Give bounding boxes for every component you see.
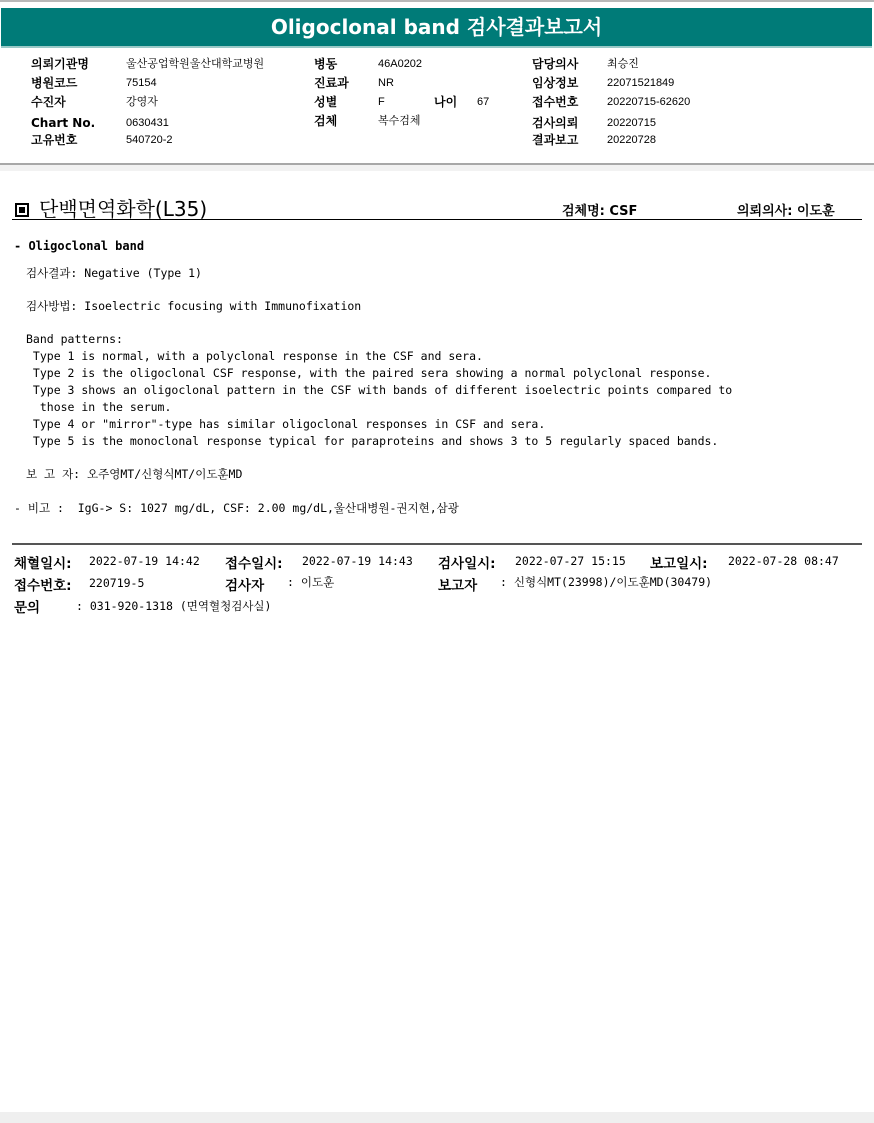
label-hospital-code: 병원코드 — [31, 76, 77, 90]
section-underline — [12, 219, 862, 220]
divider-band — [0, 165, 874, 171]
reporters: 보 고 자: 오주영MT/신형식MT/이도훈MD — [26, 466, 242, 482]
band-pattern-line: Type 3 shows an oligoclonal pattern in t… — [26, 383, 732, 397]
value-tester: : 이도훈 — [287, 574, 334, 590]
value-test-time: 2022-07-27 15:15 — [515, 554, 626, 568]
label-specimen: 검체 — [314, 114, 337, 128]
square-bullet-icon — [15, 203, 29, 217]
label-receipt-number: 접수번호 — [532, 95, 578, 109]
band-pattern-line: Type 4 or "mirror"-type has similar olig… — [26, 417, 545, 431]
value-unique-no: 540720-2 — [126, 133, 173, 147]
value-age: 67 — [477, 95, 489, 109]
value-reporter: : 신형식MT(23998)/이도훈MD(30479) — [500, 574, 712, 590]
label-receipt-no: 접수번호: — [14, 574, 72, 594]
test-name: - Oligoclonal band — [14, 239, 144, 253]
label-age: 나이 — [434, 95, 457, 109]
test-method: 검사방법: Isoelectric focusing with Immunofi… — [26, 298, 361, 314]
top-border — [0, 0, 874, 2]
section-title: 단백면역화학(L35) — [15, 193, 207, 222]
label-ward: 병동 — [314, 57, 337, 71]
value-hospital-code: 75154 — [126, 76, 157, 90]
value-sex: F — [378, 95, 385, 109]
specimen-name: 검체명: CSF — [562, 200, 637, 219]
label-tester: 검사자 — [225, 574, 264, 594]
label-reporter: 보고자 — [438, 574, 477, 594]
value-ward: 46A0202 — [378, 57, 422, 71]
label-report-time: 보고일시: — [650, 552, 708, 572]
value-report-time: 2022-07-28 08:47 — [728, 554, 839, 568]
value-collection-time: 2022-07-19 14:42 — [89, 554, 200, 568]
value-receipt-no: 220719-5 — [89, 576, 144, 590]
value-result-report: 20220728 — [607, 133, 656, 147]
bottom-band — [0, 1112, 874, 1123]
label-receipt-time: 접수일시: — [225, 552, 283, 572]
value-department: NR — [378, 76, 394, 90]
label-inquiry: 문의 — [14, 596, 40, 616]
band-pattern-line: those in the serum. — [26, 400, 171, 414]
label-chart-no: Chart No. — [31, 116, 95, 130]
value-inquiry: : 031-920-1318 (면역혈청검사실) — [76, 598, 271, 614]
label-collection-time: 채혈일시: — [14, 552, 72, 572]
report-title: Oligoclonal band 검사결과보고서 — [1, 8, 872, 48]
label-result-report: 결과보고 — [532, 133, 578, 147]
footer-divider — [12, 543, 862, 545]
band-pattern-line: Type 1 is normal, with a polyclonal resp… — [26, 349, 483, 363]
value-chart-no: 0630431 — [126, 116, 169, 130]
value-clinical-info: 22071521849 — [607, 76, 674, 90]
band-pattern-line: Type 2 is the oligoclonal CSF response, … — [26, 366, 711, 380]
section-title-text: 단백면역화학(L35) — [39, 197, 207, 221]
label-patient-name: 수진자 — [31, 95, 66, 109]
requesting-doctor: 의뢰의사: 이도훈 — [737, 200, 835, 219]
label-clinical-info: 임상정보 — [532, 76, 578, 90]
value-receipt-time: 2022-07-19 14:43 — [302, 554, 413, 568]
label-sex: 성별 — [314, 95, 337, 109]
label-institution: 의뢰기관명 — [31, 57, 89, 71]
label-test-time: 검사일시: — [438, 552, 496, 572]
value-patient-name: 강영자 — [126, 95, 158, 109]
remarks: - 비고 : IgG-> S: 1027 mg/dL, CSF: 2.00 mg… — [14, 500, 459, 516]
value-specimen: 복수검체 — [378, 114, 421, 128]
value-institution: 울산공업학원울산대학교병원 — [126, 57, 264, 71]
test-result: 검사결과: Negative (Type 1) — [26, 265, 202, 281]
value-test-request: 20220715 — [607, 116, 656, 130]
band-patterns-heading: Band patterns: — [26, 332, 123, 346]
label-unique-no: 고유번호 — [31, 133, 77, 147]
label-attending-doctor: 담당의사 — [532, 57, 578, 71]
band-pattern-line: Type 5 is the monoclonal response typica… — [26, 434, 718, 448]
label-department: 진료과 — [314, 76, 349, 90]
label-test-request: 검사의뢰 — [532, 116, 578, 130]
value-receipt-number: 20220715-62620 — [607, 95, 690, 109]
value-attending-doctor: 최승진 — [607, 57, 639, 71]
